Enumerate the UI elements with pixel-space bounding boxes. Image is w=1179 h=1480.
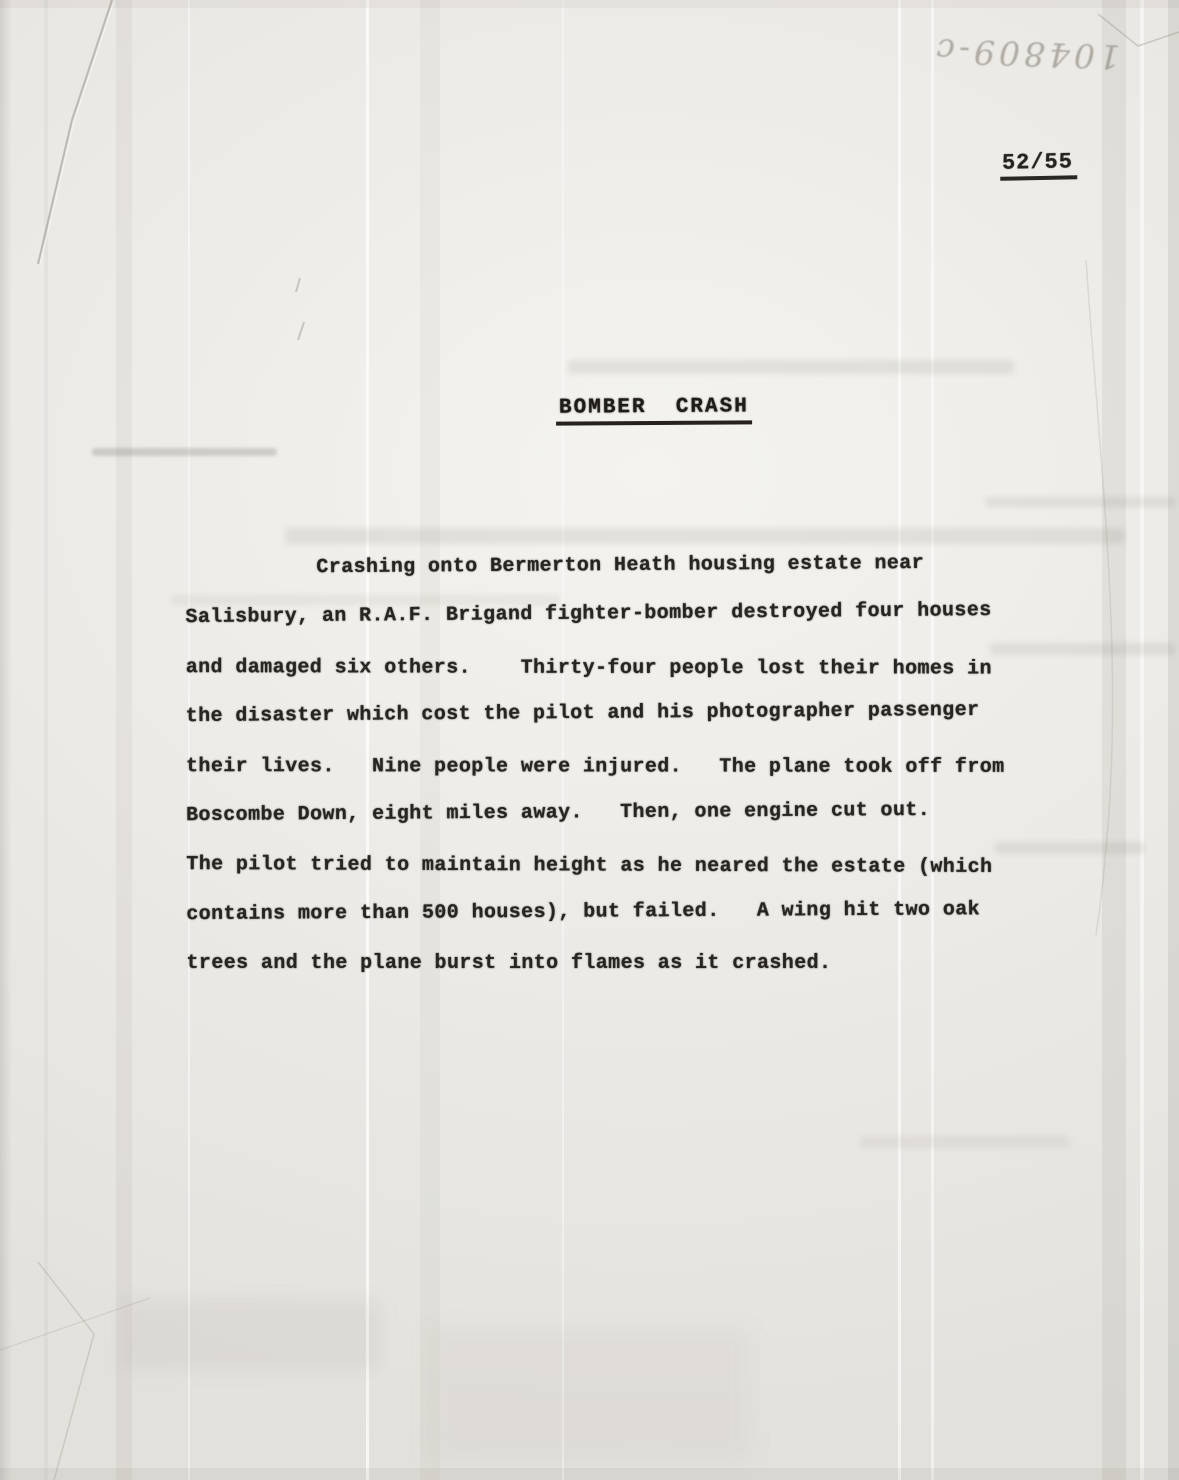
scan-streak: [0, 0, 12, 1480]
scan-edge-shadow: [0, 0, 1179, 8]
body-line: the disaster which cost the pilot and hi…: [186, 699, 1016, 755]
scan-streak: [1102, 0, 1126, 1480]
scan-streak: [116, 0, 132, 1480]
scan-streak: [44, 0, 48, 1480]
scanned-document-page: 104809-c 52/55 BOMBER CRASH Crashing ont…: [0, 0, 1179, 1480]
corner-smudge: [120, 1300, 380, 1370]
body-line: their lives. Nine people were injured. T…: [186, 755, 1016, 805]
body-line: contains more than 500 houses), but fail…: [186, 898, 1016, 952]
document-body: Crashing onto Bermerton Heath housing es…: [185, 555, 1016, 1002]
bleed-smudge: [985, 497, 1175, 507]
scan-edge-shadow: [0, 1468, 1179, 1480]
bleed-smudge: [860, 1136, 1070, 1148]
page-number: 52/55: [1000, 149, 1078, 181]
body-line: Boscombe Down, eight miles away. Then, o…: [186, 798, 1016, 853]
scan-streak: [1168, 0, 1179, 1480]
bleed-smudge: [285, 528, 1125, 544]
bleed-smudge: [990, 643, 1175, 655]
bleed-smudge: [568, 360, 1014, 374]
bleed-smudge: [995, 842, 1145, 854]
scan-streak: [1140, 0, 1144, 1480]
corner-smudge: [430, 1330, 750, 1460]
pencil-smudge: [92, 448, 277, 456]
body-line: Salisbury, an R.A.F. Brigand fighter-bom…: [185, 599, 1015, 656]
handwritten-archive-note: 104809-c: [914, 30, 1120, 76]
body-line: trees and the plane burst into flames as…: [187, 952, 1017, 1001]
document-title: BOMBER CRASH: [556, 395, 752, 425]
body-line: Crashing onto Bermerton Heath housing es…: [185, 551, 1015, 606]
